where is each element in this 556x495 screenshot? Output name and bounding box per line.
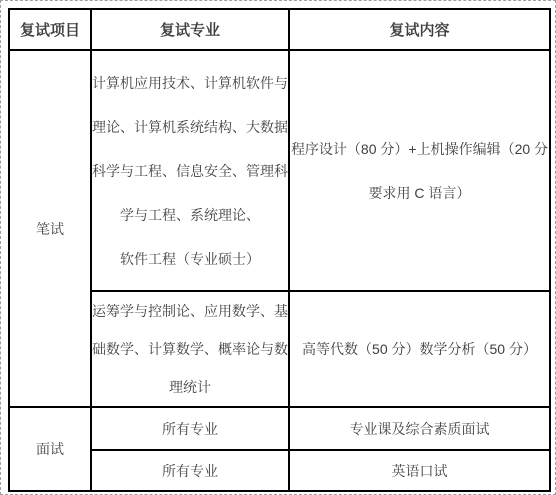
cell-interview1-majors: 所有专业	[91, 407, 289, 450]
cell-interview2-majors: 所有专业	[91, 450, 289, 491]
cell-math-content: 高等代数（50 分）数学分析（50 分）	[289, 291, 550, 407]
table-header-row: 复试项目 复试专业 复试内容	[9, 9, 550, 50]
cell-interview2-content: 英语口试	[289, 450, 550, 491]
written-computer-row: 笔试 计算机应用技术、计算机软件与 理论、计算机系统结构、大数据 科学与工程、信…	[9, 50, 550, 291]
cell-computer-content: 程序设计（80 分）+上机操作编辑（20 分 要求用 C 语言）	[289, 50, 550, 291]
written-math-row: 运筹学与控制论、应用数学、基 础数学、计算数学、概率论与数 理统计 高等代数（5…	[9, 291, 550, 407]
interview-row-1: 面试 所有专业 专业课及综合素质面试	[9, 407, 550, 450]
cell-interview: 面试	[9, 407, 91, 491]
header-reexam-item: 复试项目	[9, 9, 91, 50]
reexam-table: 复试项目 复试专业 复试内容 笔试 计算机应用技术、计算机软件与 理论、计算机系…	[8, 8, 551, 492]
page-canvas: 复试项目 复试专业 复试内容 笔试 计算机应用技术、计算机软件与 理论、计算机系…	[0, 0, 556, 495]
header-reexam-content: 复试内容	[289, 9, 550, 50]
cell-interview1-content: 专业课及综合素质面试	[289, 407, 550, 450]
header-reexam-major: 复试专业	[91, 9, 289, 50]
cell-computer-majors: 计算机应用技术、计算机软件与 理论、计算机系统结构、大数据 科学与工程、信息安全…	[91, 50, 289, 291]
interview-row-2: 所有专业 英语口试	[9, 450, 550, 491]
cell-math-majors: 运筹学与控制论、应用数学、基 础数学、计算数学、概率论与数 理统计	[91, 291, 289, 407]
cell-written-test: 笔试	[9, 50, 91, 407]
